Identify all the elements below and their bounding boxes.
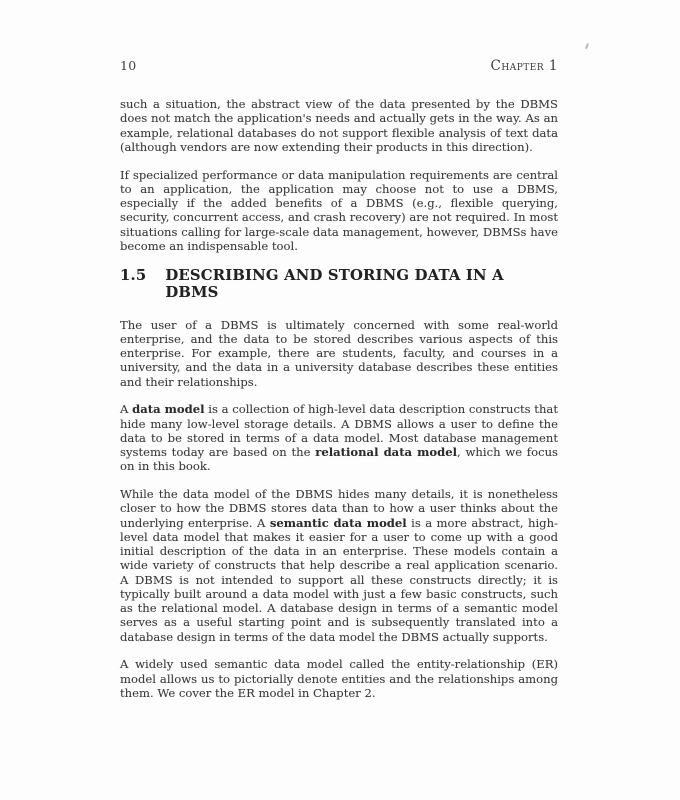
- scan-artifact: [585, 43, 589, 49]
- paragraph-2: If specialized performance or data manip…: [120, 168, 558, 254]
- bold-term-semantic-data-model: semantic data model: [270, 516, 407, 530]
- paragraph-5: While the data model of the DBMS hides m…: [120, 487, 558, 644]
- page-number: 10: [120, 58, 137, 73]
- text-run: If specialized performance or data manip…: [120, 168, 558, 253]
- book-page: 10 Chapter 1 such a situation, the abstr…: [0, 0, 680, 800]
- paragraph-6: A widely used semantic data model called…: [120, 657, 558, 700]
- paragraph-3: The user of a DBMS is ultimately concern…: [120, 318, 558, 389]
- paragraph-4: A data model is a collection of high-lev…: [120, 402, 558, 473]
- text-run: A widely used semantic data model called…: [120, 657, 558, 700]
- text-run: is a more abstract, high-level data mode…: [120, 516, 558, 644]
- text-run: The user of a DBMS is ultimately concern…: [120, 318, 558, 389]
- text-run: such a situation, the abstract view of t…: [120, 97, 558, 154]
- paragraph-1: such a situation, the abstract view of t…: [120, 97, 558, 154]
- section-title: DESCRIBING AND STORING DATA IN A DBMS: [165, 267, 558, 301]
- section-heading: 1.5 DESCRIBING AND STORING DATA IN A DBM…: [120, 267, 558, 301]
- text-run: A: [120, 402, 132, 416]
- running-header: 10 Chapter 1: [120, 58, 558, 74]
- bold-term-relational-data-model: relational data model: [315, 445, 457, 459]
- page-content: 10 Chapter 1 such a situation, the abstr…: [120, 58, 558, 714]
- bold-term-data-model: data model: [132, 402, 204, 416]
- section-number: 1.5: [120, 267, 146, 301]
- chapter-label: Chapter 1: [491, 58, 558, 74]
